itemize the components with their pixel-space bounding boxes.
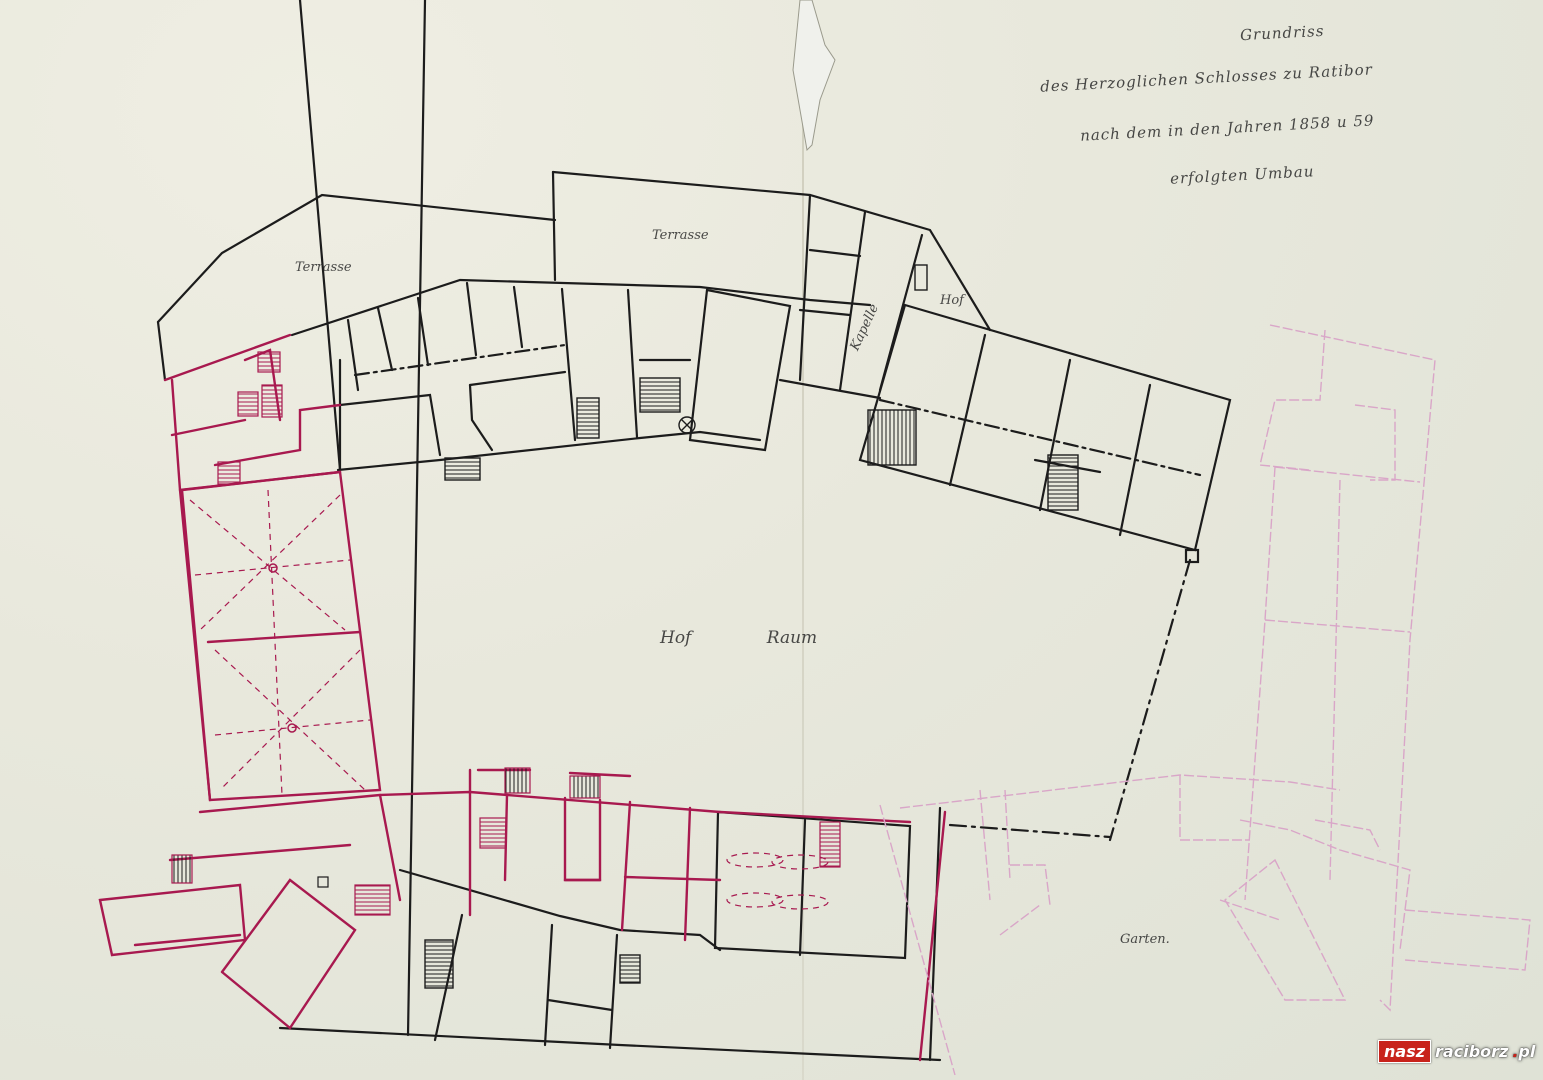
watermark-part1: nasz [1378,1040,1431,1063]
watermark-part2: raciborz [1435,1042,1508,1061]
label-terrace-right: Terrasse [652,228,709,243]
plan-sheet: Grundriss des Herzoglichen Schlosses zu … [0,0,1543,1080]
black-stairs [425,265,1078,988]
label-terrace-left: Terrasse [295,260,352,275]
paper-tear [793,0,835,150]
label-garden: Garten. [1120,932,1170,947]
faint-pink-walls [880,325,1530,1075]
label-small-yard: Hof [940,293,964,308]
label-courtyard: Hof Raum [660,628,817,648]
watermark-logo: nasz raciborz . pl [1378,1040,1535,1062]
crimson-ink-walls [100,335,945,1060]
crimson-vaults [190,490,828,909]
watermark-part3: pl [1518,1042,1535,1061]
